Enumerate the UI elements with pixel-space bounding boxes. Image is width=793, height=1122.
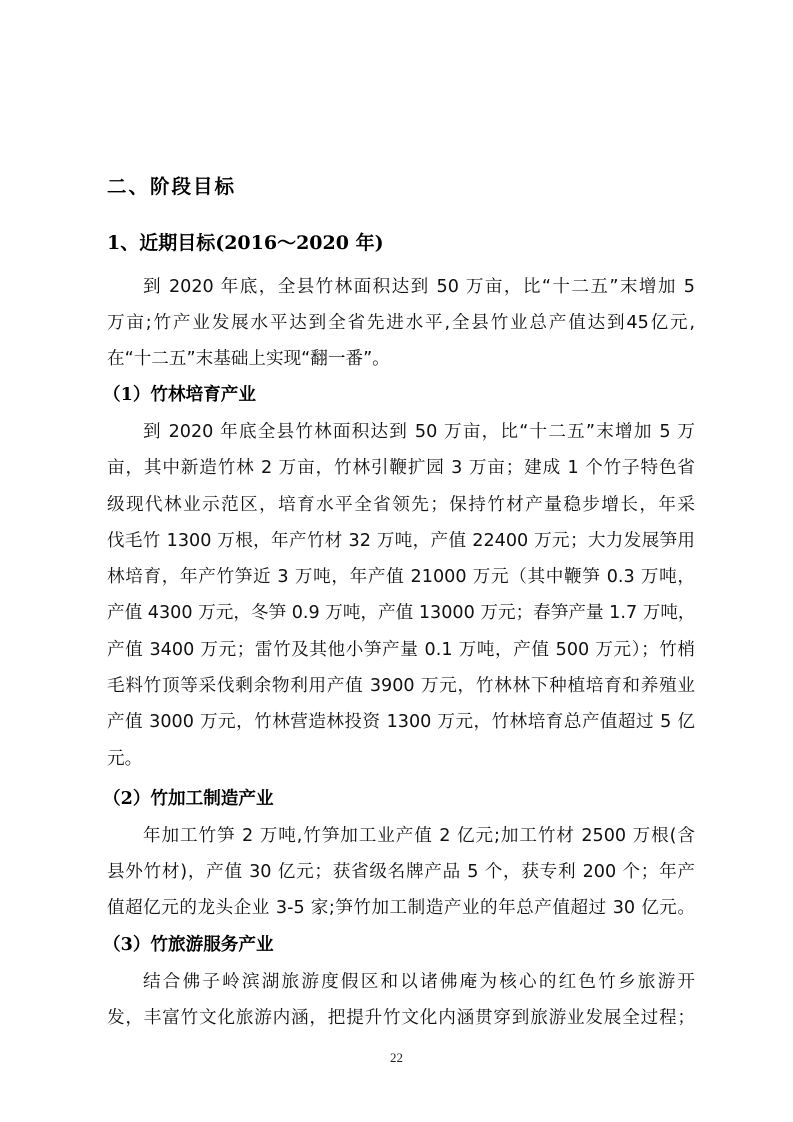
item-heading-bamboo-cultivation: （1）竹林培育产业 xyxy=(103,383,256,407)
paragraph-line: 元。 xyxy=(107,747,695,771)
paragraph-line: 级现代林业示范区，培育水平全省领先；保持竹材产量稳步增长，年采 xyxy=(107,493,695,517)
paragraph-line: 到 2020 年底全县竹林面积达到 50 万亩，比“十二五”末增加 5 万 xyxy=(107,420,695,444)
paragraph-line: 在“十二五”末基础上实现“翻一番”。 xyxy=(107,347,695,371)
document-page: 二、阶段目标 1、近期目标(2016～2020 年) 到 2020 年底，全县竹… xyxy=(0,0,793,1122)
paragraph-line: 结合佛子岭滨湖旅游度假区和以诸佛庵为核心的红色竹乡旅游开 xyxy=(107,970,695,994)
paragraph-line: 伐毛竹 1300 万根，年产竹材 32 万吨，产值 22400 万元；大力发展笋… xyxy=(107,529,695,553)
paragraph-line: 年加工竹笋 2 万吨,竹笋加工业产值 2 亿元;加工竹材 2500 万根(含 xyxy=(107,824,695,848)
section-heading: 二、阶段目标 xyxy=(107,175,236,199)
paragraph-line: 值超亿元的龙头企业 3-5 家;笋竹加工制造产业的年总产值超过 30 亿元。 xyxy=(107,896,695,920)
paragraph-line: 亩，其中新造竹林 2 万亩，竹林引鞭扩园 3 万亩；建成 1 个竹子特色省 xyxy=(107,456,695,480)
paragraph-line: 产值 3000 万元，竹林营造林投资 1300 万元，竹林培育总产值超过 5 亿 xyxy=(107,710,695,734)
paragraph-line: 发，丰富竹文化旅游内涵，把提升竹文化内涵贯穿到旅游业发展全过程； xyxy=(107,1006,695,1030)
page-number: 22 xyxy=(0,1050,793,1066)
paragraph-line: 万亩;竹产业发展水平达到全省先进水平,全县竹业总产值达到45亿元, xyxy=(107,311,695,335)
item-heading-bamboo-processing: （2）竹加工制造产业 xyxy=(103,787,274,811)
subsection-heading: 1、近期目标(2016～2020 年) xyxy=(107,231,384,255)
paragraph-line: 产值 3400 万元；雷竹及其他小笋产量 0.1 万吨，产值 500 万元）；竹… xyxy=(107,638,695,662)
paragraph-line: 县外竹材)，产值 30 亿元；获省级名牌产品 5 个，获专利 200 个；年产 xyxy=(107,860,695,884)
paragraph-line: 产值 4300 万元，冬笋 0.9 万吨，产值 13000 万元；春笋产量 1.… xyxy=(107,601,695,625)
paragraph-line: 到 2020 年底，全县竹林面积达到 50 万亩，比“十二五”末增加 5 xyxy=(107,275,695,299)
paragraph-line: 林培育，年产竹笋近 3 万吨，年产值 21000 万元（其中鞭笋 0.3 万吨， xyxy=(107,565,695,589)
paragraph-line: 毛料竹顶等采伐剩余物利用产值 3900 万元，竹林林下种植培育和养殖业 xyxy=(107,674,695,698)
item-heading-bamboo-tourism: （3）竹旅游服务产业 xyxy=(103,933,274,957)
